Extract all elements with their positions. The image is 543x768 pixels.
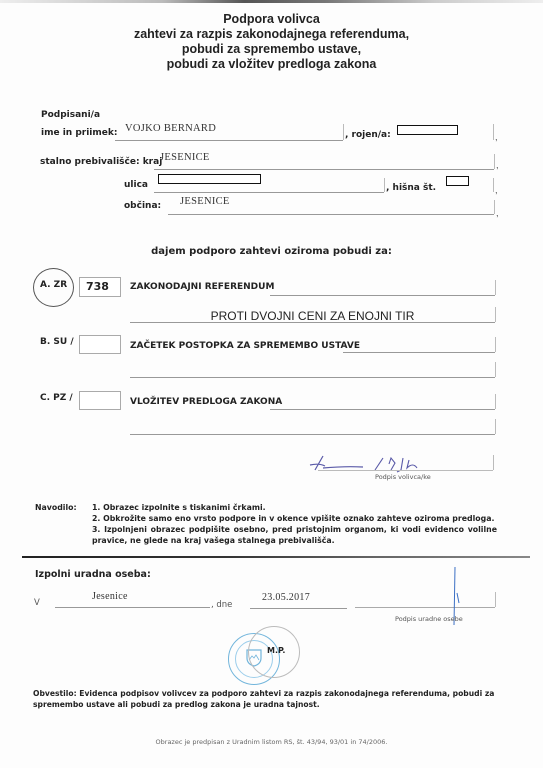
comma: ,: [496, 160, 499, 170]
comma: ,: [496, 208, 499, 218]
scan-edge: [0, 0, 543, 3]
instruction-item: 3. Izpolnjeni obrazec podpišite osebno, …: [92, 524, 497, 546]
document-title: Podpora volivca zahtevi za razpis zakono…: [0, 12, 543, 72]
line-end: [495, 592, 496, 607]
line-end: [493, 455, 494, 470]
born-line-end: [493, 124, 494, 140]
house-line-end: [493, 178, 494, 192]
name-label: ime in priimek:: [41, 128, 117, 138]
born-field-redacted[interactable]: [397, 125, 458, 135]
option-b-line-1: [343, 352, 495, 353]
comma: ,: [495, 185, 498, 195]
stamp-label: M.P.: [267, 646, 285, 655]
support-heading: dajem podporo zahtevi oziroma pobudi za:: [0, 246, 543, 257]
residence-label: stalno prebivališče: kraj: [40, 157, 162, 167]
instructions-label: Navodilo:: [35, 502, 77, 513]
title-line-1: Podpora volivca: [0, 12, 543, 27]
municipality-field[interactable]: JESENICE: [180, 196, 230, 207]
official-signature-caption: Podpis uradne osebe: [395, 615, 463, 623]
option-c-code-label: C. PZ /: [40, 393, 73, 403]
municipality-label: občina:: [124, 201, 161, 211]
born-label: , rojen/a:: [345, 130, 391, 140]
instruction-item: 2. Obkrožite samo eno vrsto podpore in v…: [92, 513, 497, 524]
option-a-detail[interactable]: PROTI DVOJNI CENI ZA ENOJNI TIR: [130, 309, 495, 323]
line-end: [495, 394, 496, 409]
line-end: [495, 337, 496, 352]
house-number-field-redacted[interactable]: [446, 176, 469, 186]
comma: ,: [495, 132, 498, 142]
signer-heading: Podpisani/a: [41, 110, 100, 120]
option-c-line-2: [130, 434, 495, 435]
option-a-line-1: [270, 295, 495, 296]
house-number-label: , hišna št.: [386, 183, 436, 193]
date-field[interactable]: 23.05.2017: [262, 592, 310, 603]
residence-field[interactable]: JESENICE: [160, 152, 210, 163]
option-a-code-label: A. ZR: [40, 280, 67, 290]
option-c-code-box[interactable]: [79, 391, 121, 410]
option-a-line-2: [130, 322, 495, 323]
date-line: [250, 608, 347, 609]
voter-signature-caption: Podpis volivca/ke: [375, 473, 431, 481]
option-b-code-label: B. SU /: [40, 337, 74, 347]
municipality-line-end: [494, 200, 495, 214]
street-label: ulica: [124, 180, 148, 190]
line-end: [495, 362, 496, 377]
residence-line: [154, 169, 494, 170]
name-field[interactable]: VOJKO BERNARD: [125, 123, 216, 134]
official-heading: Izpolni uradna oseba:: [35, 569, 151, 580]
line-end: [495, 307, 496, 322]
voter-signature-line: [318, 470, 493, 471]
municipality-line: [168, 214, 494, 215]
name-line-end: [343, 124, 344, 140]
date-label: , dne: [211, 600, 232, 610]
title-line-2: zahtevi za razpis zakonodajnega referend…: [0, 27, 543, 42]
title-line-3: pobudi za spremembo ustave,: [0, 42, 543, 57]
instructions-list: 1. Obrazec izpolnite s tiskanimi črkami.…: [92, 502, 497, 546]
notice-text: Evidenca podpisov volivcev za podporo za…: [33, 689, 494, 709]
line-end: [495, 280, 496, 295]
notice: Obvestilo: Evidenca podpisov volivcev za…: [33, 688, 508, 710]
section-divider: [22, 556, 530, 558]
notice-label: Obvestilo:: [33, 689, 77, 698]
place-line: [55, 607, 210, 608]
instruction-item: 1. Obrazec izpolnite s tiskanimi črkami.: [92, 502, 497, 513]
name-line: [115, 140, 343, 141]
street-line: [154, 192, 384, 193]
place-field[interactable]: Jesenice: [92, 591, 128, 602]
option-b-title: ZAČETEK POSTOPKA ZA SPREMEMBO USTAVE: [130, 341, 360, 351]
footer-legal-reference: Obrazec je predpisan z Uradnim listom RS…: [0, 738, 543, 746]
option-a-title: ZAKONODAJNI REFERENDUM: [130, 282, 274, 292]
street-line-end: [384, 178, 385, 192]
option-b-line-2: [130, 377, 495, 378]
title-line-4: pobudi za vložitev predloga zakona: [0, 57, 543, 72]
option-a-code-value: 738: [86, 280, 109, 293]
official-signature-line: [355, 607, 495, 608]
option-c-line-1: [270, 409, 495, 410]
residence-line-end: [494, 154, 495, 169]
option-c-title: VLOŽITEV PREDLOGA ZAKONA: [130, 397, 282, 407]
place-prefix: V: [34, 598, 40, 608]
line-end: [495, 419, 496, 434]
option-a-code-box[interactable]: 738: [79, 277, 121, 297]
option-b-code-box[interactable]: [79, 335, 121, 354]
street-field-redacted[interactable]: [158, 174, 261, 184]
